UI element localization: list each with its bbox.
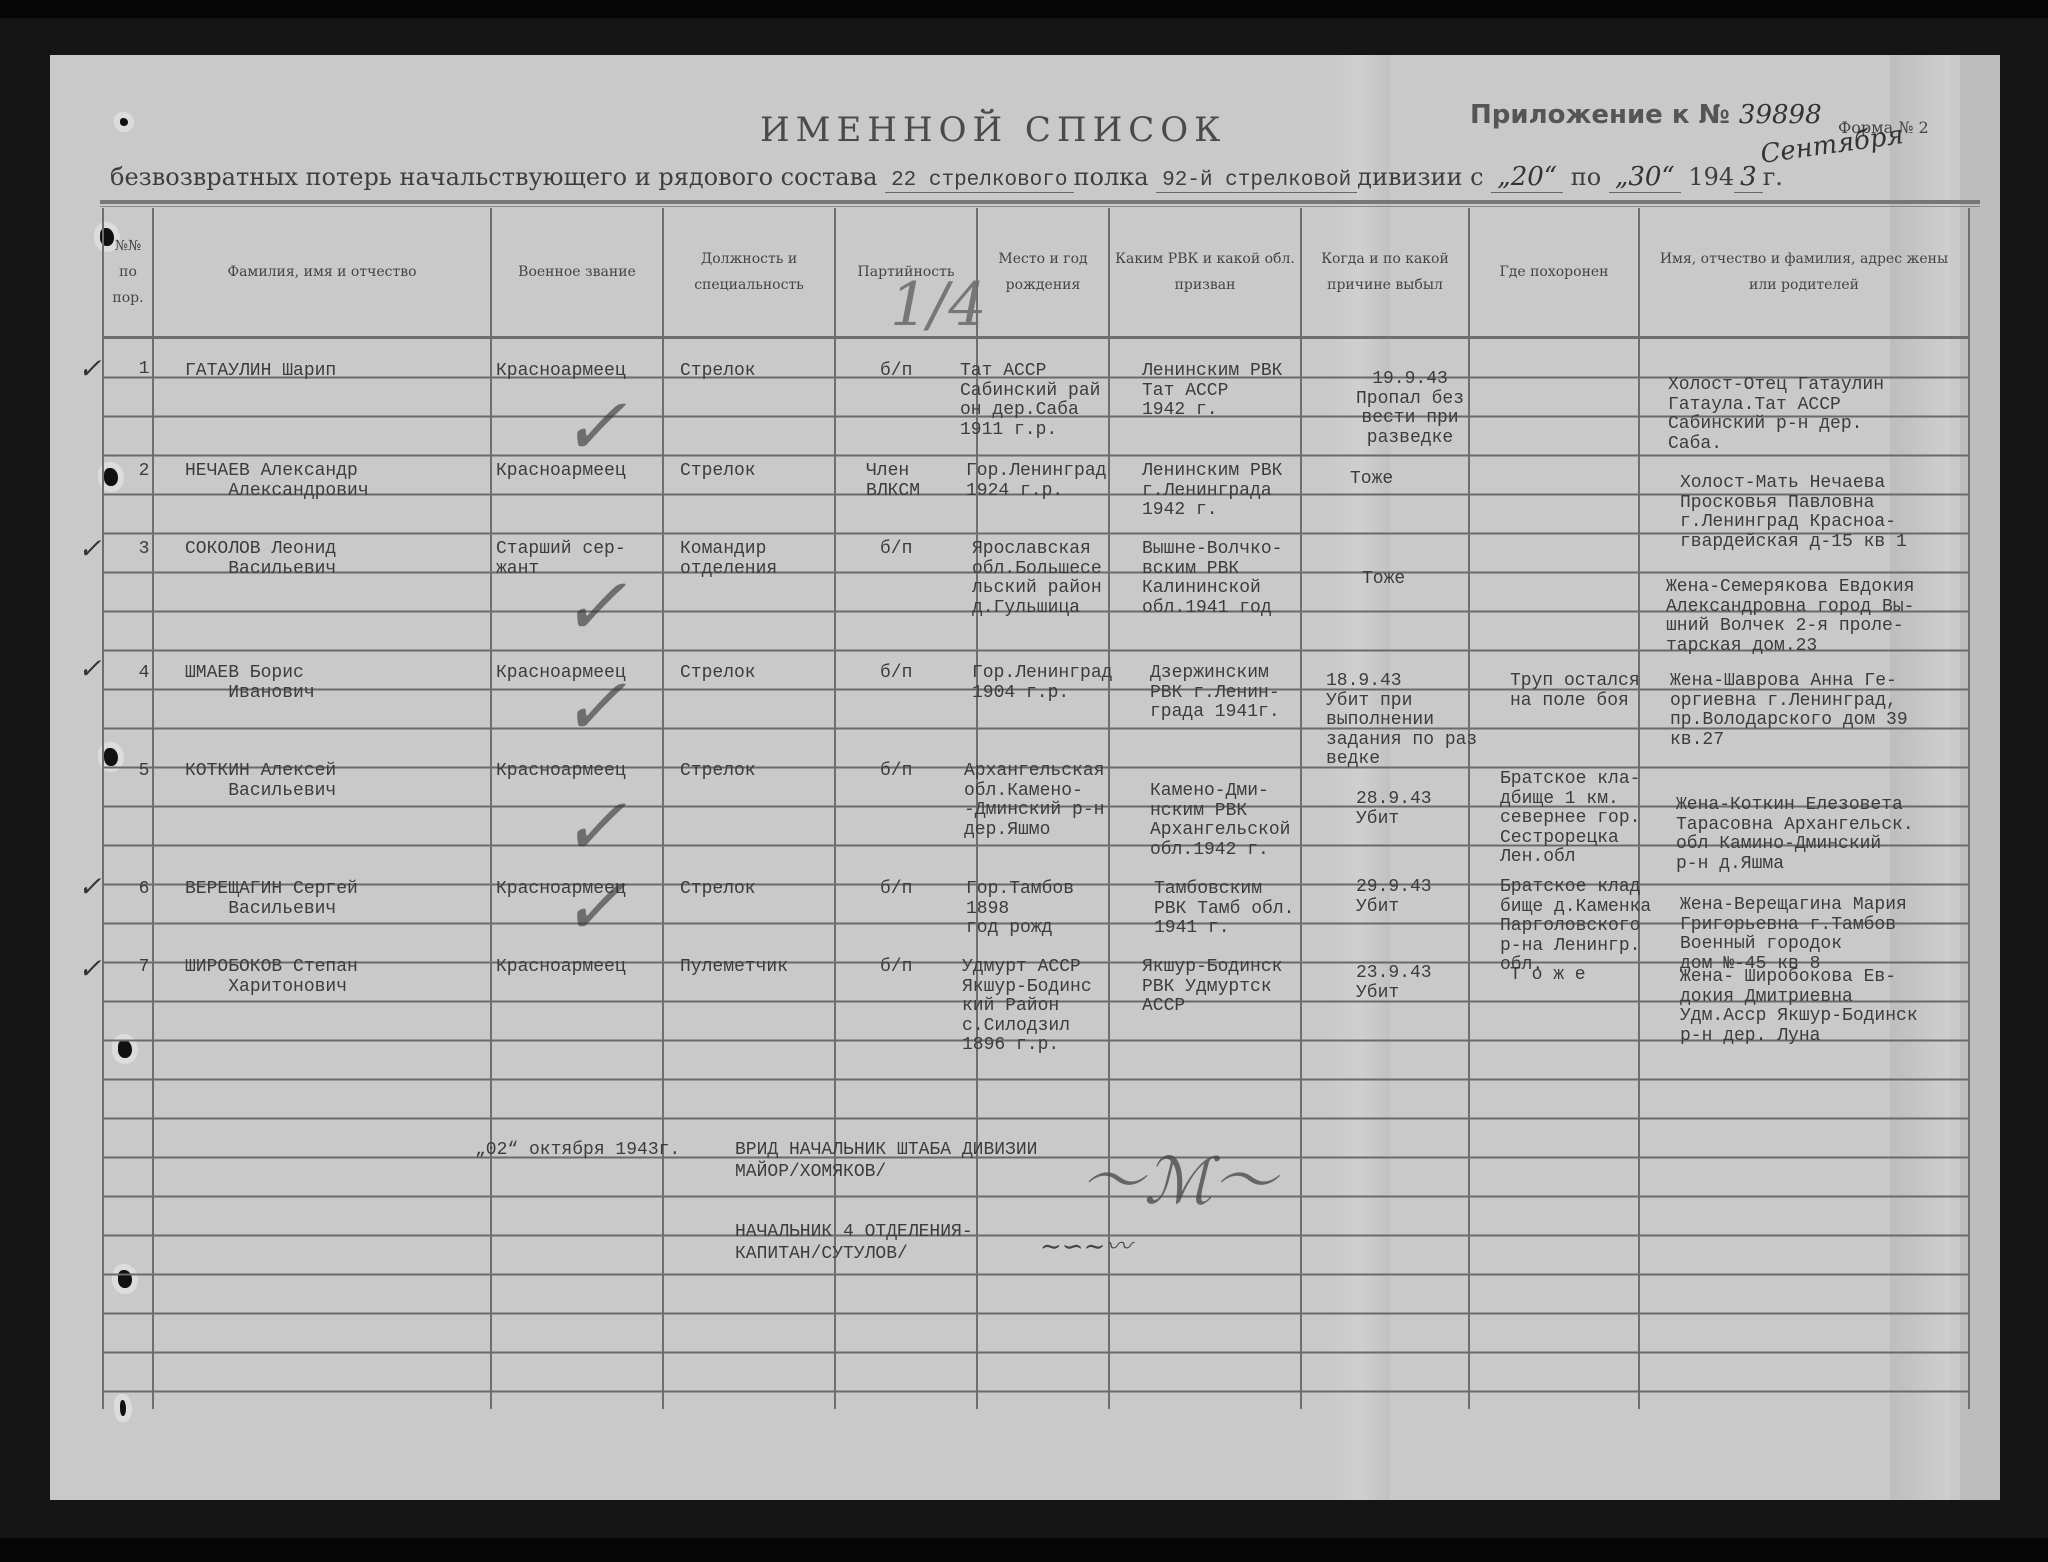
cell-buried: Братское клад бище д.Каменка Парголовско… [1500,878,1670,976]
col-header-position: Должность и специальность [663,208,835,338]
cell-number: 1 [124,360,164,380]
checkmark-icon: ✓ [560,860,627,953]
subtitle-text: дивизии с [1357,163,1483,191]
cell-name: ГАТАУЛИН Шарип [185,362,505,382]
subtitle-text: г. [1763,163,1783,191]
cell-relatives: Жена-Семерякова Евдокия Александровна го… [1666,578,2000,656]
cell-position: Пулеметчик [680,958,840,978]
cell-position: Стрелок [680,664,840,684]
cell-birth: Гор.Ленинград 1904 г.р. [972,664,1152,703]
chief-name: МАЙОР/ХОМЯКОВ/ [735,1162,886,1182]
page-title: ИМЕННОЙ СПИСОК [760,110,1226,150]
dept-title: НАЧАЛЬНИК 4 ОТДЕЛЕНИЯ- [735,1222,973,1242]
cell-rvk: Ленинским РВК г.Ленинграда 1942 г. [1142,462,1332,521]
cell-birth: Тат АССР Сабинский рай он дер.Саба 1911 … [960,362,1140,440]
cell-position: Командир отделения [680,540,840,579]
checkmark-icon: ✓ [78,652,101,685]
cell-party: б/п [880,540,980,560]
cell-name: НЕЧАЕВ Александр Александрович [185,462,505,501]
cell-name: СОКОЛОВ Леонид Васильевич [185,540,505,579]
date-from-field: „20“ [1491,162,1563,193]
subtitle-text: полка [1074,163,1149,191]
cell-reason: 29.9.43 Убит [1356,878,1516,917]
hole-icon [120,118,128,126]
cell-party: б/п [880,664,980,684]
cell-position: Стрелок [680,880,840,900]
cell-buried: Труп остался на поле боя [1510,672,1680,711]
cell-reason: 18.9.43 Убит при выполнении задания по р… [1326,672,1496,770]
cell-reason: 23.9.43 Убит [1356,964,1516,1003]
cell-relatives: Жена-Верещагина Мария Григорьевна г.Тамб… [1680,896,2010,974]
cell-rvk: Дзержинским РВК г.Ленин- града 1941г. [1150,664,1340,723]
col-header-rvk: Каким РВК и какой обл. призван [1109,208,1301,338]
checkmark-icon: ✓ [560,380,627,473]
header-rule [100,206,1980,207]
column-buried [1469,338,1639,1410]
cell-position: Стрелок [680,762,840,782]
col-header-party: Партийность [835,208,977,338]
appendix-number: 39898 [1739,100,1822,130]
cell-reason: 19.9.43 Пропал без вести при разведке [1330,370,1490,448]
dept-name: КАПИТАН/СУТУЛОВ/ [735,1244,908,1264]
cell-buried: Т о ж е [1510,966,1680,986]
col-header-reason: Когда и по какой причине выбыл [1301,208,1469,338]
col-header-buried: Где похоронен [1469,208,1639,338]
subtitle-text: по [1571,163,1601,191]
cell-name: КОТКИН Алексей Васильевич [185,762,505,801]
cell-number: 7 [124,958,164,978]
cell-party: б/п [880,880,980,900]
document-subtitle: безвозвратных потерь начальствующего и р… [110,162,1783,192]
appendix-reference: Приложение к № 39898 [1470,100,1822,130]
division-field: 92-й стрелковой [1156,169,1357,193]
cell-birth: Гор.Тамбов 1898 год рожд [966,880,1146,939]
cell-name: ШИРОБОКОВ Степан Харитонович [185,958,505,997]
signature-dept: ∼∽∼〰 [1040,1226,1131,1263]
subtitle-text: 194 [1688,163,1734,191]
cell-position: Стрелок [680,362,840,382]
chief-title: ВРИД НАЧАЛЬНИК ШТАБА ДИВИЗИИ [735,1140,1037,1160]
cell-number: 2 [124,462,164,482]
cell-relatives: Холост-Мать Нечаева Просковья Павловна г… [1680,474,2000,552]
cell-rank: Красноармеец [496,762,666,782]
cell-rvk: Тамбовским РВК Тамб обл. 1941 г. [1154,880,1344,939]
cell-birth: Гор.Ленинград 1924 г.р. [966,462,1146,501]
table-header-row: №№ по пор. Фамилия, имя и отчество Военн… [103,208,1969,338]
cell-rank: Красноармеец [496,958,666,978]
cell-rvk: Камено-Дми- нским РВК Архангельской обл.… [1150,782,1340,860]
cell-number: 6 [124,880,164,900]
col-header-name: Фамилия, имя и отчество [153,208,491,338]
signature-date: „02“ октября 1943г. [475,1140,680,1160]
cell-rvk: Якшур-Бодинск РВК Удмуртск АССР [1142,958,1332,1017]
cell-birth: Архангельская обл.Камено- -Дминский р-н … [964,762,1144,840]
col-header-birth: Место и год рождения [977,208,1109,338]
cell-party: Член ВЛКСМ [866,462,966,501]
checkmark-icon: ✓ [78,952,101,985]
date-to-field: „30“ [1609,162,1681,193]
checkmark-icon: ✓ [78,870,101,903]
signature-chief: 〜ℳ〜 [1080,1130,1276,1222]
cell-name: ВЕРЕЩАГИН Сергей Васильевич [185,880,505,919]
cell-relatives: Жена-Коткин Елезовета Тарасовна Архангел… [1676,796,2006,874]
cell-number: 5 [124,762,164,782]
cell-reason: Тоже [1350,470,1510,490]
cell-relatives: Жена-Шаврова Анна Ге- оргиевна г.Ленингр… [1670,672,2000,750]
cell-number: 4 [124,664,164,684]
checkmark-icon: ✓ [560,660,627,753]
cell-birth: Удмурт АССР Якшур-Бодинс кий Район с.Сил… [962,958,1142,1056]
cell-relatives: Холост-Отец Гатаулин Гатаула.Тат АССР Са… [1668,376,1998,454]
cell-name: ШМАЕВ Борис Иванович [185,664,505,703]
regiment-field: 22 стрелкового [885,169,1073,193]
checkmark-icon: ✓ [78,352,101,385]
column-number [103,338,153,1410]
cell-relatives: Жена- Широбокова Ев- докия Дмитриевна Уд… [1680,968,2010,1046]
year-field: 3 [1734,162,1763,193]
checkmark-icon: ✓ [78,532,101,565]
cell-position: Стрелок [680,462,840,482]
cell-buried: Братское кла- дбище 1 км. севернее гор. … [1500,770,1670,868]
cell-rvk: Ленинским РВК Тат АССР 1942 г. [1142,362,1332,421]
subtitle-prefix: безвозвратных потерь начальствующего и р… [110,163,877,191]
checkmark-icon: ✓ [560,560,627,653]
col-header-rank: Военное звание [491,208,663,338]
col-header-relatives: Имя, отчество и фамилия, адрес жены или … [1639,208,1969,338]
cell-rank: Красноармеец [496,362,666,382]
cell-birth: Ярославская обл.Большесе льский район д.… [972,540,1152,618]
cell-rvk: Вышне-Волчко- вским РВК Калининской обл.… [1142,540,1332,618]
cell-number: 3 [124,540,164,560]
cell-reason: Тоже [1362,570,1522,590]
header-rule [100,200,1980,204]
cell-reason: 28.9.43 Убит [1356,790,1516,829]
appendix-label: Приложение к № [1470,100,1730,130]
col-header-number: №№ по пор. [103,208,153,338]
